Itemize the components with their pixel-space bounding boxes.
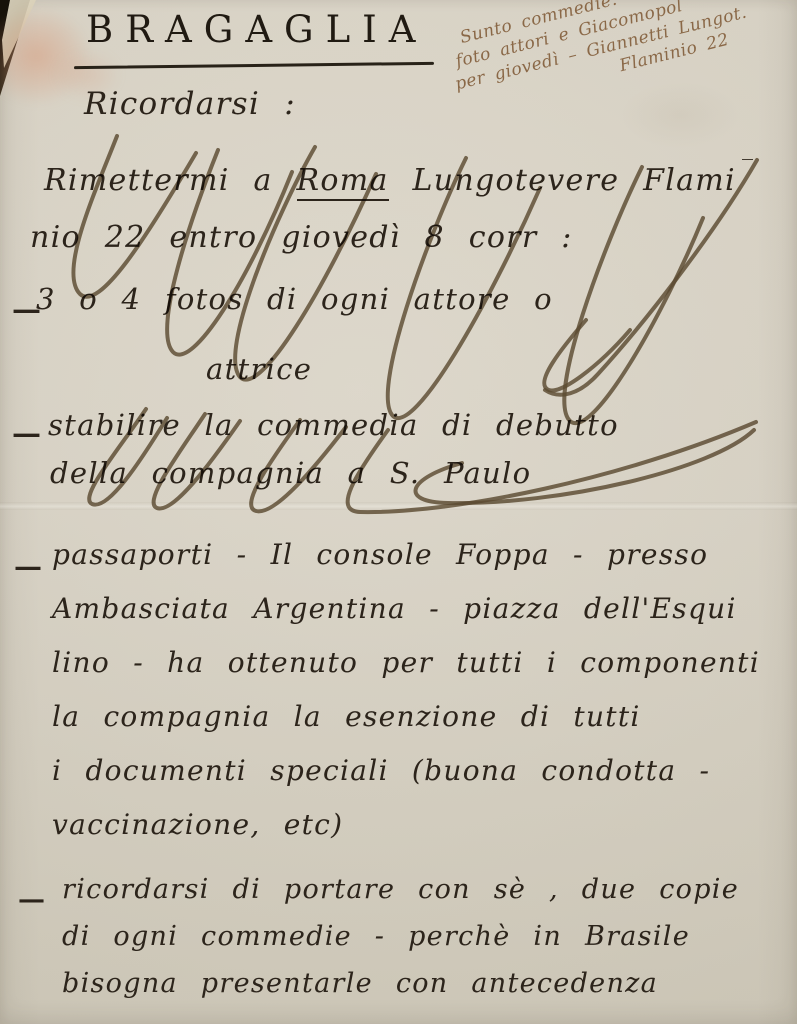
intro-line-1: Rimettermi a Roma Lungotevere Flami‾	[44, 160, 753, 205]
bullet-dash: —	[12, 412, 41, 454]
handwritten-line: bisogna presentarle con antecedenza	[62, 960, 739, 1007]
handwritten-line: ricordarsi di portare con sè , due copie	[62, 866, 739, 913]
handwritten-line: vaccinazione, etc)	[52, 798, 760, 852]
intro-text: Lungotevere Flami	[389, 163, 736, 198]
handwritten-line: stabilire la commedia di debutto	[48, 404, 619, 446]
handwritten-line: la compagnia la esenzione di tutti	[52, 690, 760, 744]
continuation-mark: ‾	[742, 157, 753, 182]
handwritten-line: passaporti - Il console Foppa - presso	[52, 528, 760, 582]
handwritten-line: 3 o 4 fotos di ogni attore o	[36, 278, 553, 320]
paper-stain	[600, 70, 760, 160]
manuscript-page: BRAGAGLIA Sunto commedie. foto attori e …	[0, 0, 797, 1024]
roma-underlined: Roma	[297, 163, 389, 201]
strikethrough-mark	[544, 320, 630, 390]
handwritten-line: i documenti speciali (buona condotta -	[52, 744, 760, 798]
handwritten-line: di ogni commedie - perchè in Brasile	[62, 913, 739, 960]
heading: Ricordarsi :	[84, 86, 296, 122]
fold-crease	[0, 502, 797, 510]
handwritten-line: della compagnia a S. Paulo	[50, 452, 619, 494]
bullet-dash: —	[18, 876, 45, 923]
bullet-dash: —	[12, 288, 41, 330]
page-title: BRAGAGLIA	[86, 8, 428, 51]
handwritten-line: Ambasciata Argentina - piazza dell'Esqui	[52, 582, 760, 636]
list-item-photos: — 3 o 4 fotos di ogni attore o attrice	[36, 278, 553, 390]
list-item-passports: — passaporti - Il console Foppa - presso…	[52, 528, 760, 852]
list-item-copies: — ricordarsi di portare con sè , due cop…	[62, 866, 739, 1007]
intro-text: Rimettermi a	[44, 163, 297, 198]
list-item-debut-play: — stabilire la commedia di debutto della…	[48, 404, 619, 494]
bullet-dash: —	[14, 540, 42, 594]
intro-line-2: nio 22 entro giovedì 8 corr :	[30, 217, 753, 259]
intro-block: Rimettermi a Roma Lungotevere Flami‾ nio…	[44, 160, 753, 259]
handwritten-line: lino - ha ottenuto per tutti i component…	[52, 636, 760, 690]
handwritten-line: attrice	[206, 348, 553, 390]
